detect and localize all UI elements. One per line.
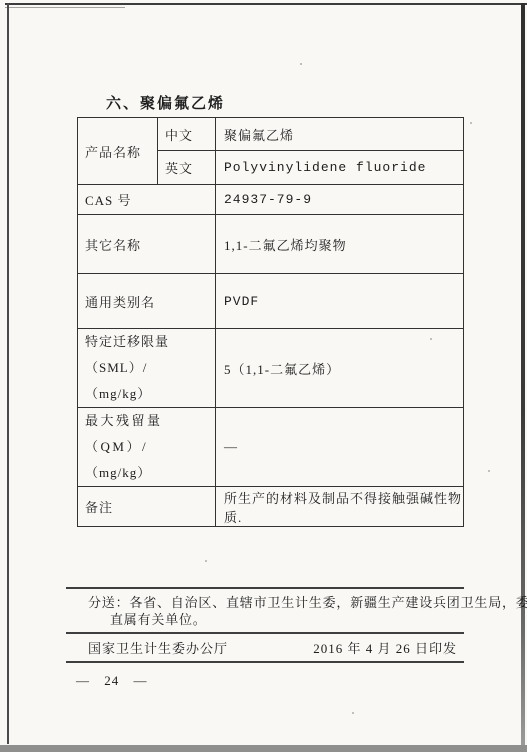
scan-speckle: [300, 63, 302, 65]
distribution-note-line1: 分送：各省、自治区、直辖市卫生计生委，新疆生产建设兵团卫生局，委: [88, 594, 527, 611]
print-date: 2016 年 4 月 26 日印发: [313, 640, 457, 657]
sml-label-line2: （mg/kg）: [85, 381, 215, 407]
product-info-table: 产品名称 中文 聚偏氟乙烯 英文 Polyvinylidene fluoride…: [77, 117, 464, 527]
remarks-value: 所生产的材料及制品不得接触强碱性物质.: [216, 487, 464, 527]
table-row: 产品名称 中文 聚偏氟乙烯: [78, 118, 464, 151]
table-row: 特定迁移限量（SML）/ （mg/kg） 5（1,1-二氟乙烯）: [78, 329, 464, 408]
footer-rule-bottom: [66, 661, 464, 663]
table-row: 通用类别名 PVDF: [78, 274, 464, 329]
product-name-en-value: Polyvinylidene fluoride: [216, 151, 464, 185]
distribution-note-line2: 直属有关单位。: [110, 611, 207, 628]
scanned-document-page: 六、聚偏氟乙烯 产品名称 中文 聚偏氟乙烯 英文 Polyvinylidene …: [0, 0, 527, 752]
scan-border-left: [7, 3, 9, 744]
cas-label: CAS 号: [78, 185, 216, 215]
scan-speckle: [352, 712, 354, 714]
section-title: 六、聚偏氟乙烯: [106, 92, 225, 113]
cas-value: 24937-79-9: [216, 185, 464, 215]
sml-label-line1: 特定迁移限量（SML）/: [85, 329, 215, 381]
table-row: 最大残留量（QM）/ （mg/kg） —: [78, 408, 464, 487]
other-names-value: 1,1-二氟乙烯均聚物: [216, 215, 464, 274]
scan-speckle: [470, 122, 472, 124]
qm-label: 最大残留量（QM）/ （mg/kg）: [78, 408, 216, 487]
scan-border-right: [521, 3, 525, 745]
qm-label-line2: （mg/kg）: [85, 460, 215, 486]
scan-speckle: [488, 470, 490, 472]
name-lang-en-label: 英文: [158, 151, 216, 185]
table-row: 备注 所生产的材料及制品不得接触强碱性物质.: [78, 487, 464, 527]
sml-label: 特定迁移限量（SML）/ （mg/kg）: [78, 329, 216, 408]
scan-border-bottom: [0, 745, 527, 752]
qm-label-line1: 最大残留量（QM）/: [85, 408, 215, 460]
footer-rule-middle: [66, 632, 464, 634]
name-lang-cn-label: 中文: [158, 118, 216, 151]
footer-rule-top: [66, 587, 464, 589]
table-row: 其它名称 1,1-二氟乙烯均聚物: [78, 215, 464, 274]
other-names-label: 其它名称: [78, 215, 216, 274]
scan-border-top-shadow: [5, 7, 125, 8]
qm-value: —: [216, 408, 464, 487]
remarks-label: 备注: [78, 487, 216, 527]
scan-speckle: [205, 560, 207, 562]
sml-value: 5（1,1-二氟乙烯）: [216, 329, 464, 408]
issuing-office: 国家卫生计生委办公厅: [88, 640, 228, 657]
product-name-label: 产品名称: [78, 118, 158, 185]
scan-border-top: [5, 3, 527, 5]
table-row: CAS 号 24937-79-9: [78, 185, 464, 215]
product-name-cn-value: 聚偏氟乙烯: [216, 118, 464, 151]
page-number: — 24 —: [76, 672, 148, 689]
generic-class-value: PVDF: [216, 274, 464, 329]
generic-class-label: 通用类别名: [78, 274, 216, 329]
